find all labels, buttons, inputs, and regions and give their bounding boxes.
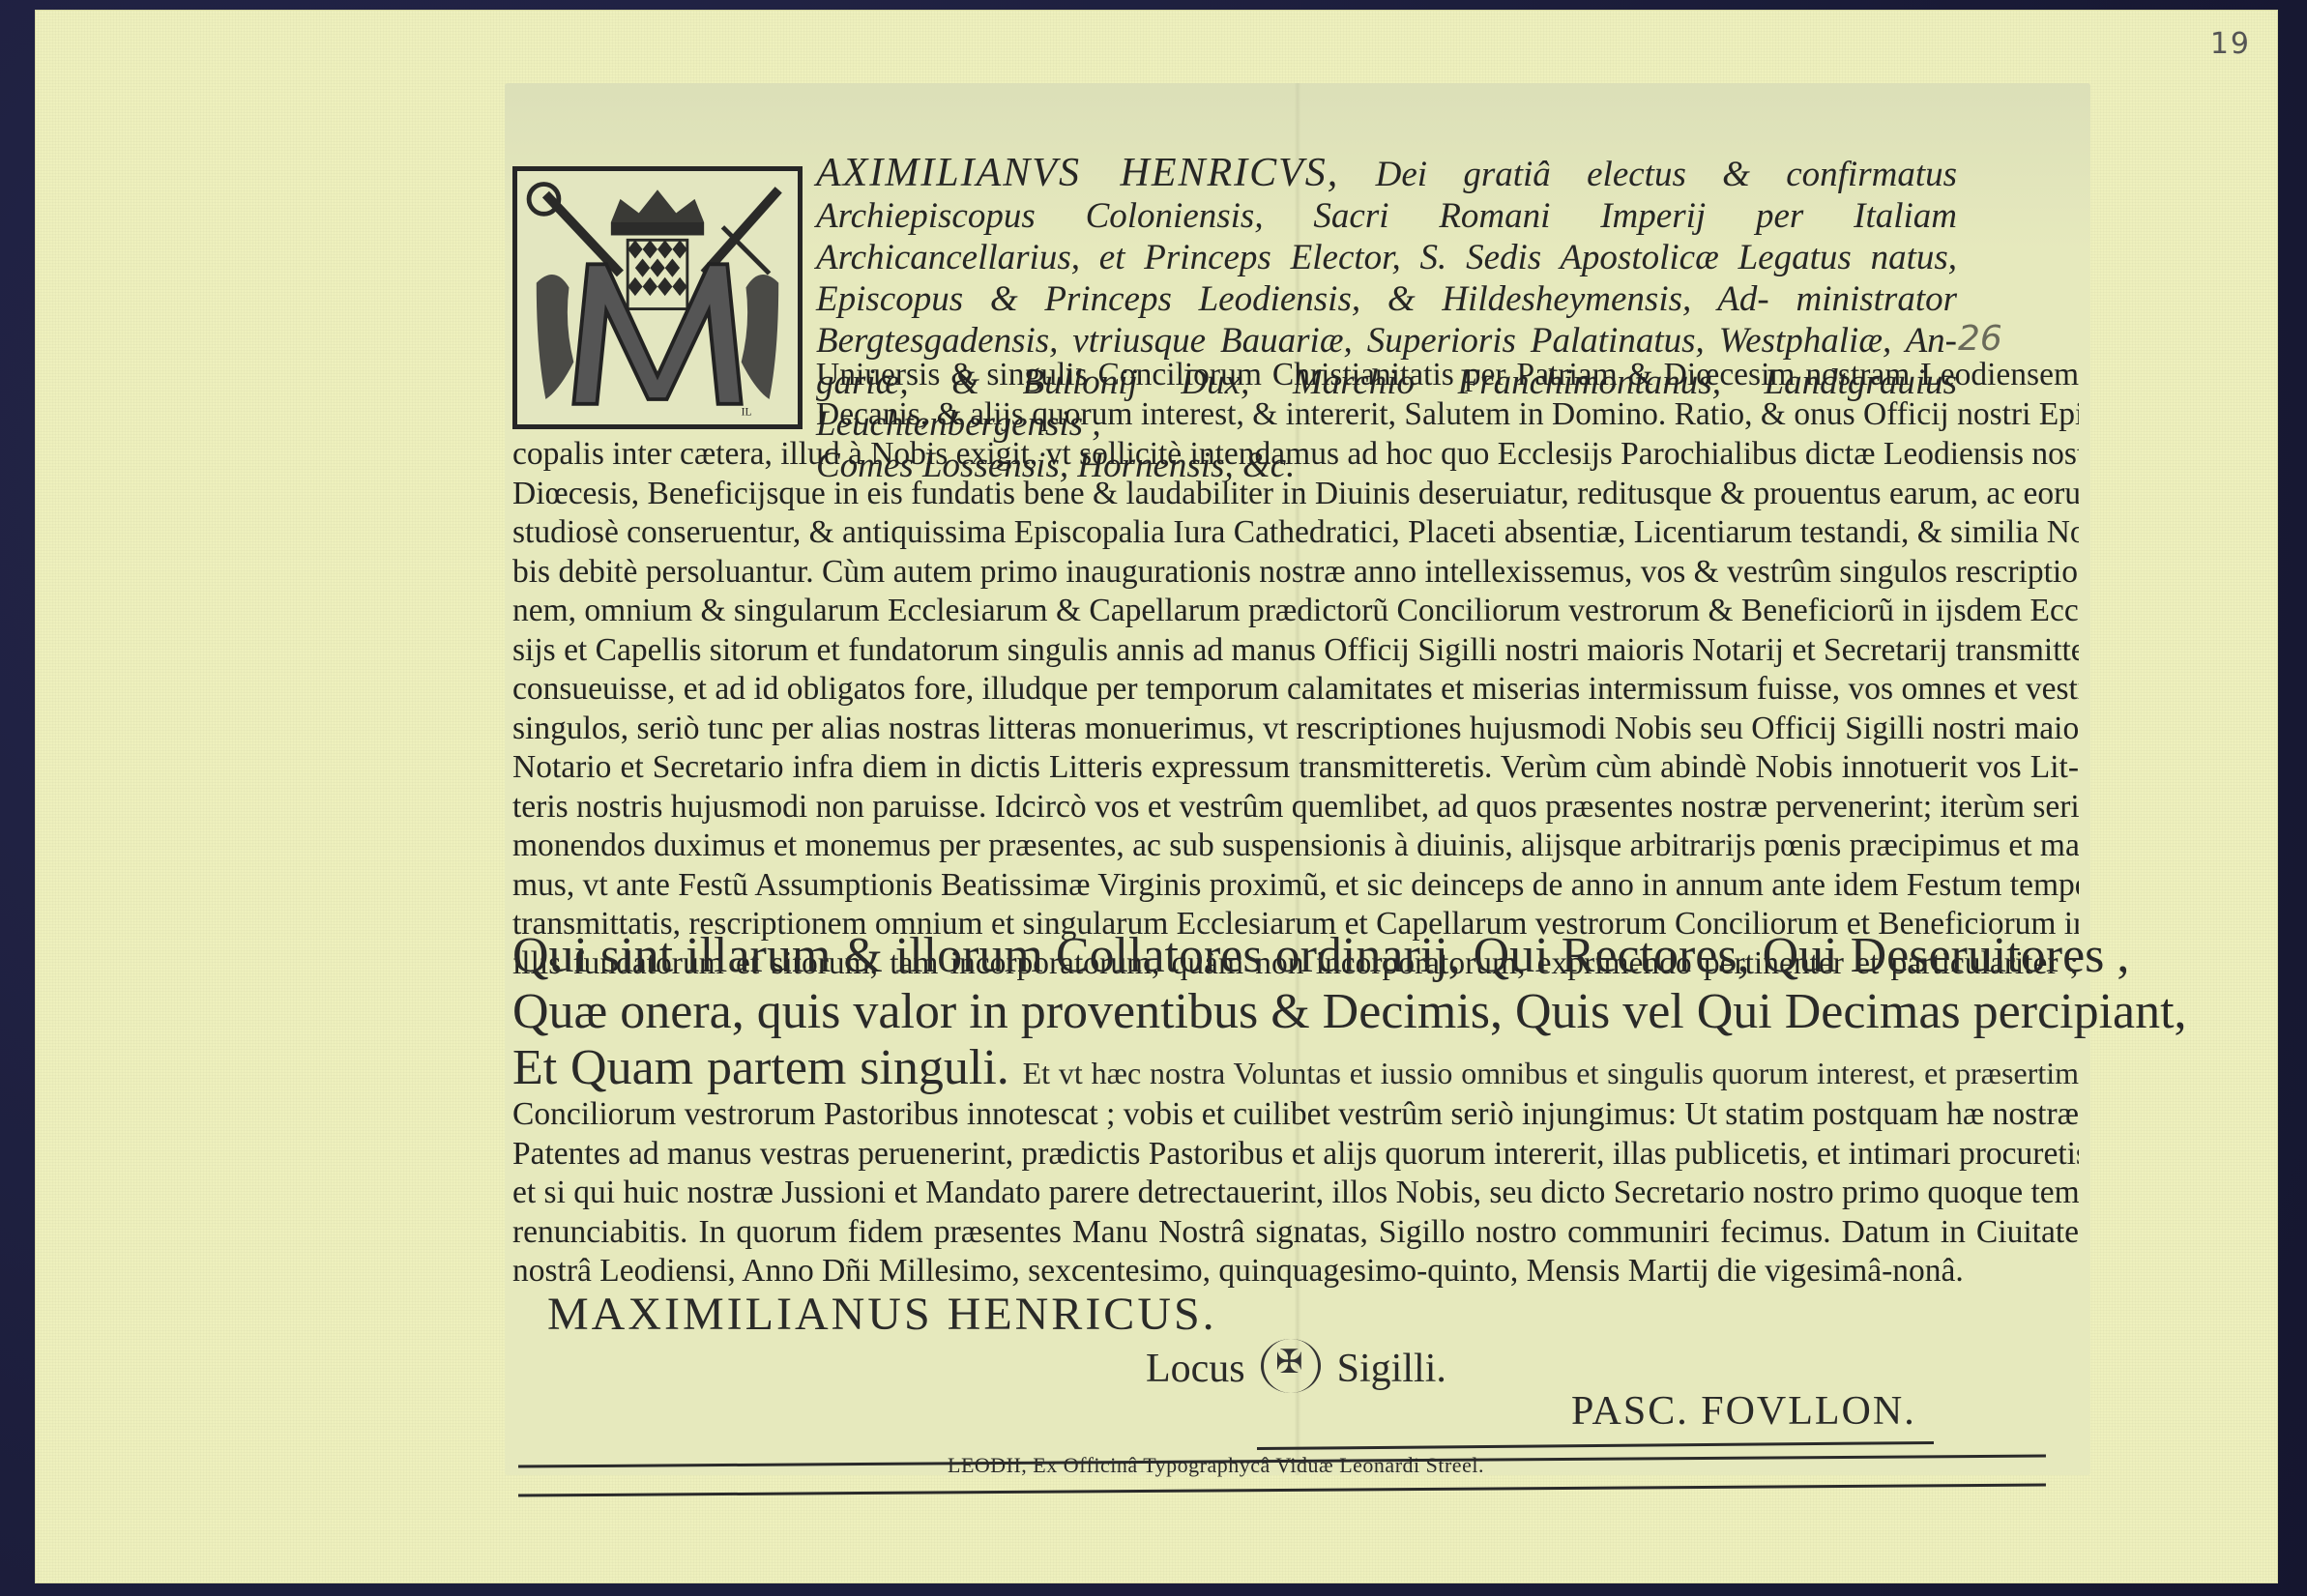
emphasis-line-mixed: Et Quam partem singuli. Et vt hæc nostra…: [512, 1040, 2079, 1101]
emphasis-suffix: Et vt hæc nostra Voluntas et iussio omni…: [1023, 1056, 2079, 1090]
title-name: AXIMILIANVS HENRICVS,: [816, 151, 1339, 195]
locus-label: Locus: [1146, 1347, 1245, 1391]
sigilli-label: Sigilli.: [1337, 1347, 1446, 1391]
body-line: renunciabitis. In quorum fidem præsentes…: [512, 1213, 2079, 1253]
body-line: teris nostris hujusmodi non paruisse. Id…: [512, 788, 2079, 827]
body-line: Uniuersis & singulis Conciliorum Christi…: [816, 356, 2079, 395]
body-indent-block: Uniuersis & singulis Conciliorum Christi…: [816, 356, 2079, 434]
body-line: et si qui huic nostræ Jussioni et Mandat…: [512, 1174, 2079, 1213]
emphasis-prefix: Et Quam partem singuli.: [512, 1040, 1009, 1095]
coat-of-arms-icon: IL: [517, 171, 798, 424]
body-closing-block: Conciliorum vestrorum Pastoribus innotes…: [512, 1095, 2079, 1291]
body-line: Notario et Secretario infra diem in dict…: [512, 748, 2079, 788]
body-line: studiosè conseruentur, & antiquissima Ep…: [512, 513, 2079, 553]
folio-number: 19: [2210, 27, 2251, 61]
monogram-text: IL: [742, 406, 752, 418]
body-line: Decanis, & alijs quorum interest, & inte…: [816, 395, 2079, 435]
decorated-initial-m: IL: [512, 166, 803, 429]
body-line: nostrâ Leodiensi, Anno Dñi Millesimo, se…: [512, 1252, 2079, 1291]
body-line: mus, vt ante Festũ Assumptionis Beatissi…: [512, 866, 2079, 906]
body-main-block: copalis inter cætera, illud à Nobis exig…: [512, 435, 2079, 983]
body-line: Conciliorum vestrorum Pastoribus innotes…: [512, 1095, 2079, 1135]
body-line: nem, omnium & singularum Ecclesiarum & C…: [512, 592, 2079, 631]
emphasis-block: Qui sint illarum & illorum Collatores or…: [512, 928, 2079, 1101]
countersignature: PASC. FOVLLON.: [1571, 1388, 1916, 1435]
body-line: consueuisse, et ad id obligatos fore, il…: [512, 670, 2079, 710]
emphasis-line: Qui sint illarum & illorum Collatores or…: [512, 928, 2079, 984]
body-line: monendos duximus et monemus per præsente…: [512, 827, 2079, 866]
cross-seal-icon: [1261, 1339, 1321, 1393]
body-line: copalis inter cætera, illud à Nobis exig…: [512, 435, 2079, 475]
body-line: bis debitè persoluantur. Cùm autem primo…: [512, 553, 2079, 593]
body-line: singulos, seriò tunc per alias nostras l…: [512, 710, 2079, 749]
body-line: sijs et Capellis sitorum et fundatorum s…: [512, 631, 2079, 671]
printer-imprint: LEODII, Ex Officinâ Typographycâ Viduæ L…: [948, 1453, 1484, 1478]
marginal-note: 26: [1958, 319, 2002, 359]
body-line: Patentes ad manus vestras peruenerint, p…: [512, 1135, 2079, 1175]
body-line: Diœcesis, Beneficijsque in eis fundatis …: [512, 475, 2079, 514]
signatory-name: MAXIMILIANUS HENRICUS.: [547, 1288, 1217, 1341]
seal-placement: Locus Sigilli.: [1146, 1339, 1446, 1393]
emphasis-line: Quæ onera, quis valor in proventibus & D…: [512, 984, 2079, 1040]
